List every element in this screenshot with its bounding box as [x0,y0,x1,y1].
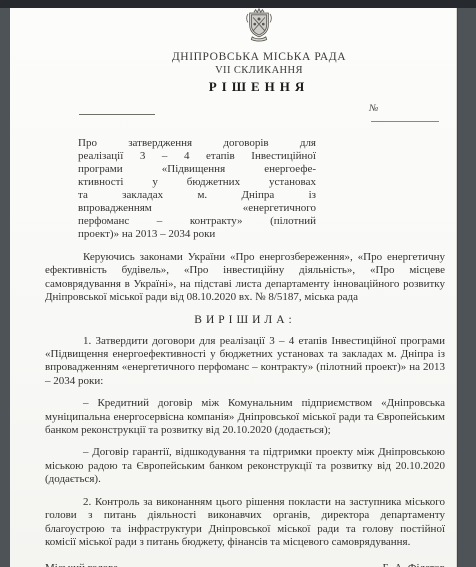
city-coat-of-arms-icon [241,8,277,42]
subject-line: програми «Підвищення енергоефе- [78,163,316,176]
subject-line: впровадженням «енергетичного [78,202,316,215]
convocation-line: VII СКЛИКАННЯ [59,65,459,76]
subject-line: проект)» на 2013 – 2034 роки [78,228,316,241]
subject-line: ктивності у бюджетних установах [78,176,316,189]
resolved-heading: ВИРІШИЛА: [45,314,445,326]
signatory-position: Міський голова [45,562,118,567]
subject-line: перфоманс – контракту» (пілотний [78,215,316,228]
clause-1-subitem-guarantee-agreement: – Договір гарантії, відшкодування та під… [45,446,445,486]
signature-row: Міський голова Б. А. Філатов [45,562,445,567]
subject-line: реалізації 3 – 4 етапів Інвестиційної [78,150,316,163]
signatory-name: Б. А. Філатов [383,562,445,567]
document-content: ДНІПРОВСЬКА МІСЬКА РАДА VII СКЛИКАННЯ РІ… [45,8,445,567]
clause-1: 1. Затвердити договори для реалізації 3 … [45,335,445,389]
number-blank-line [371,121,439,122]
number-field: № [369,103,445,125]
subject-line: Про затвердження договорів для [78,137,316,150]
date-number-row: № [45,103,445,125]
number-label: № [369,103,378,114]
scanned-document: ДНІПРОВСЬКА МІСЬКА РАДА VII СКЛИКАННЯ РІ… [0,0,476,567]
organization-name: ДНІПРОВСЬКА МІСЬКА РАДА [59,51,459,63]
clause-2-control: 2. Контроль за виконанням цього рішення … [45,496,445,550]
date-blank-line [79,114,155,115]
emblem-container [59,8,459,42]
subject-block: Про затвердження договорів дляреалізації… [78,137,316,241]
scan-top-edge [0,0,476,8]
subject-line: та закладах м. Дніпра із [78,189,316,202]
document-page: ДНІПРОВСЬКА МІСЬКА РАДА VII СКЛИКАННЯ РІ… [10,8,457,567]
document-type-title: РІШЕННЯ [59,79,459,95]
preamble-paragraph: Керуючись законами України «Про енергозб… [45,251,445,305]
clause-1-subitem-credit-agreement: – Кредитний договір між Комунальним підп… [45,397,445,437]
